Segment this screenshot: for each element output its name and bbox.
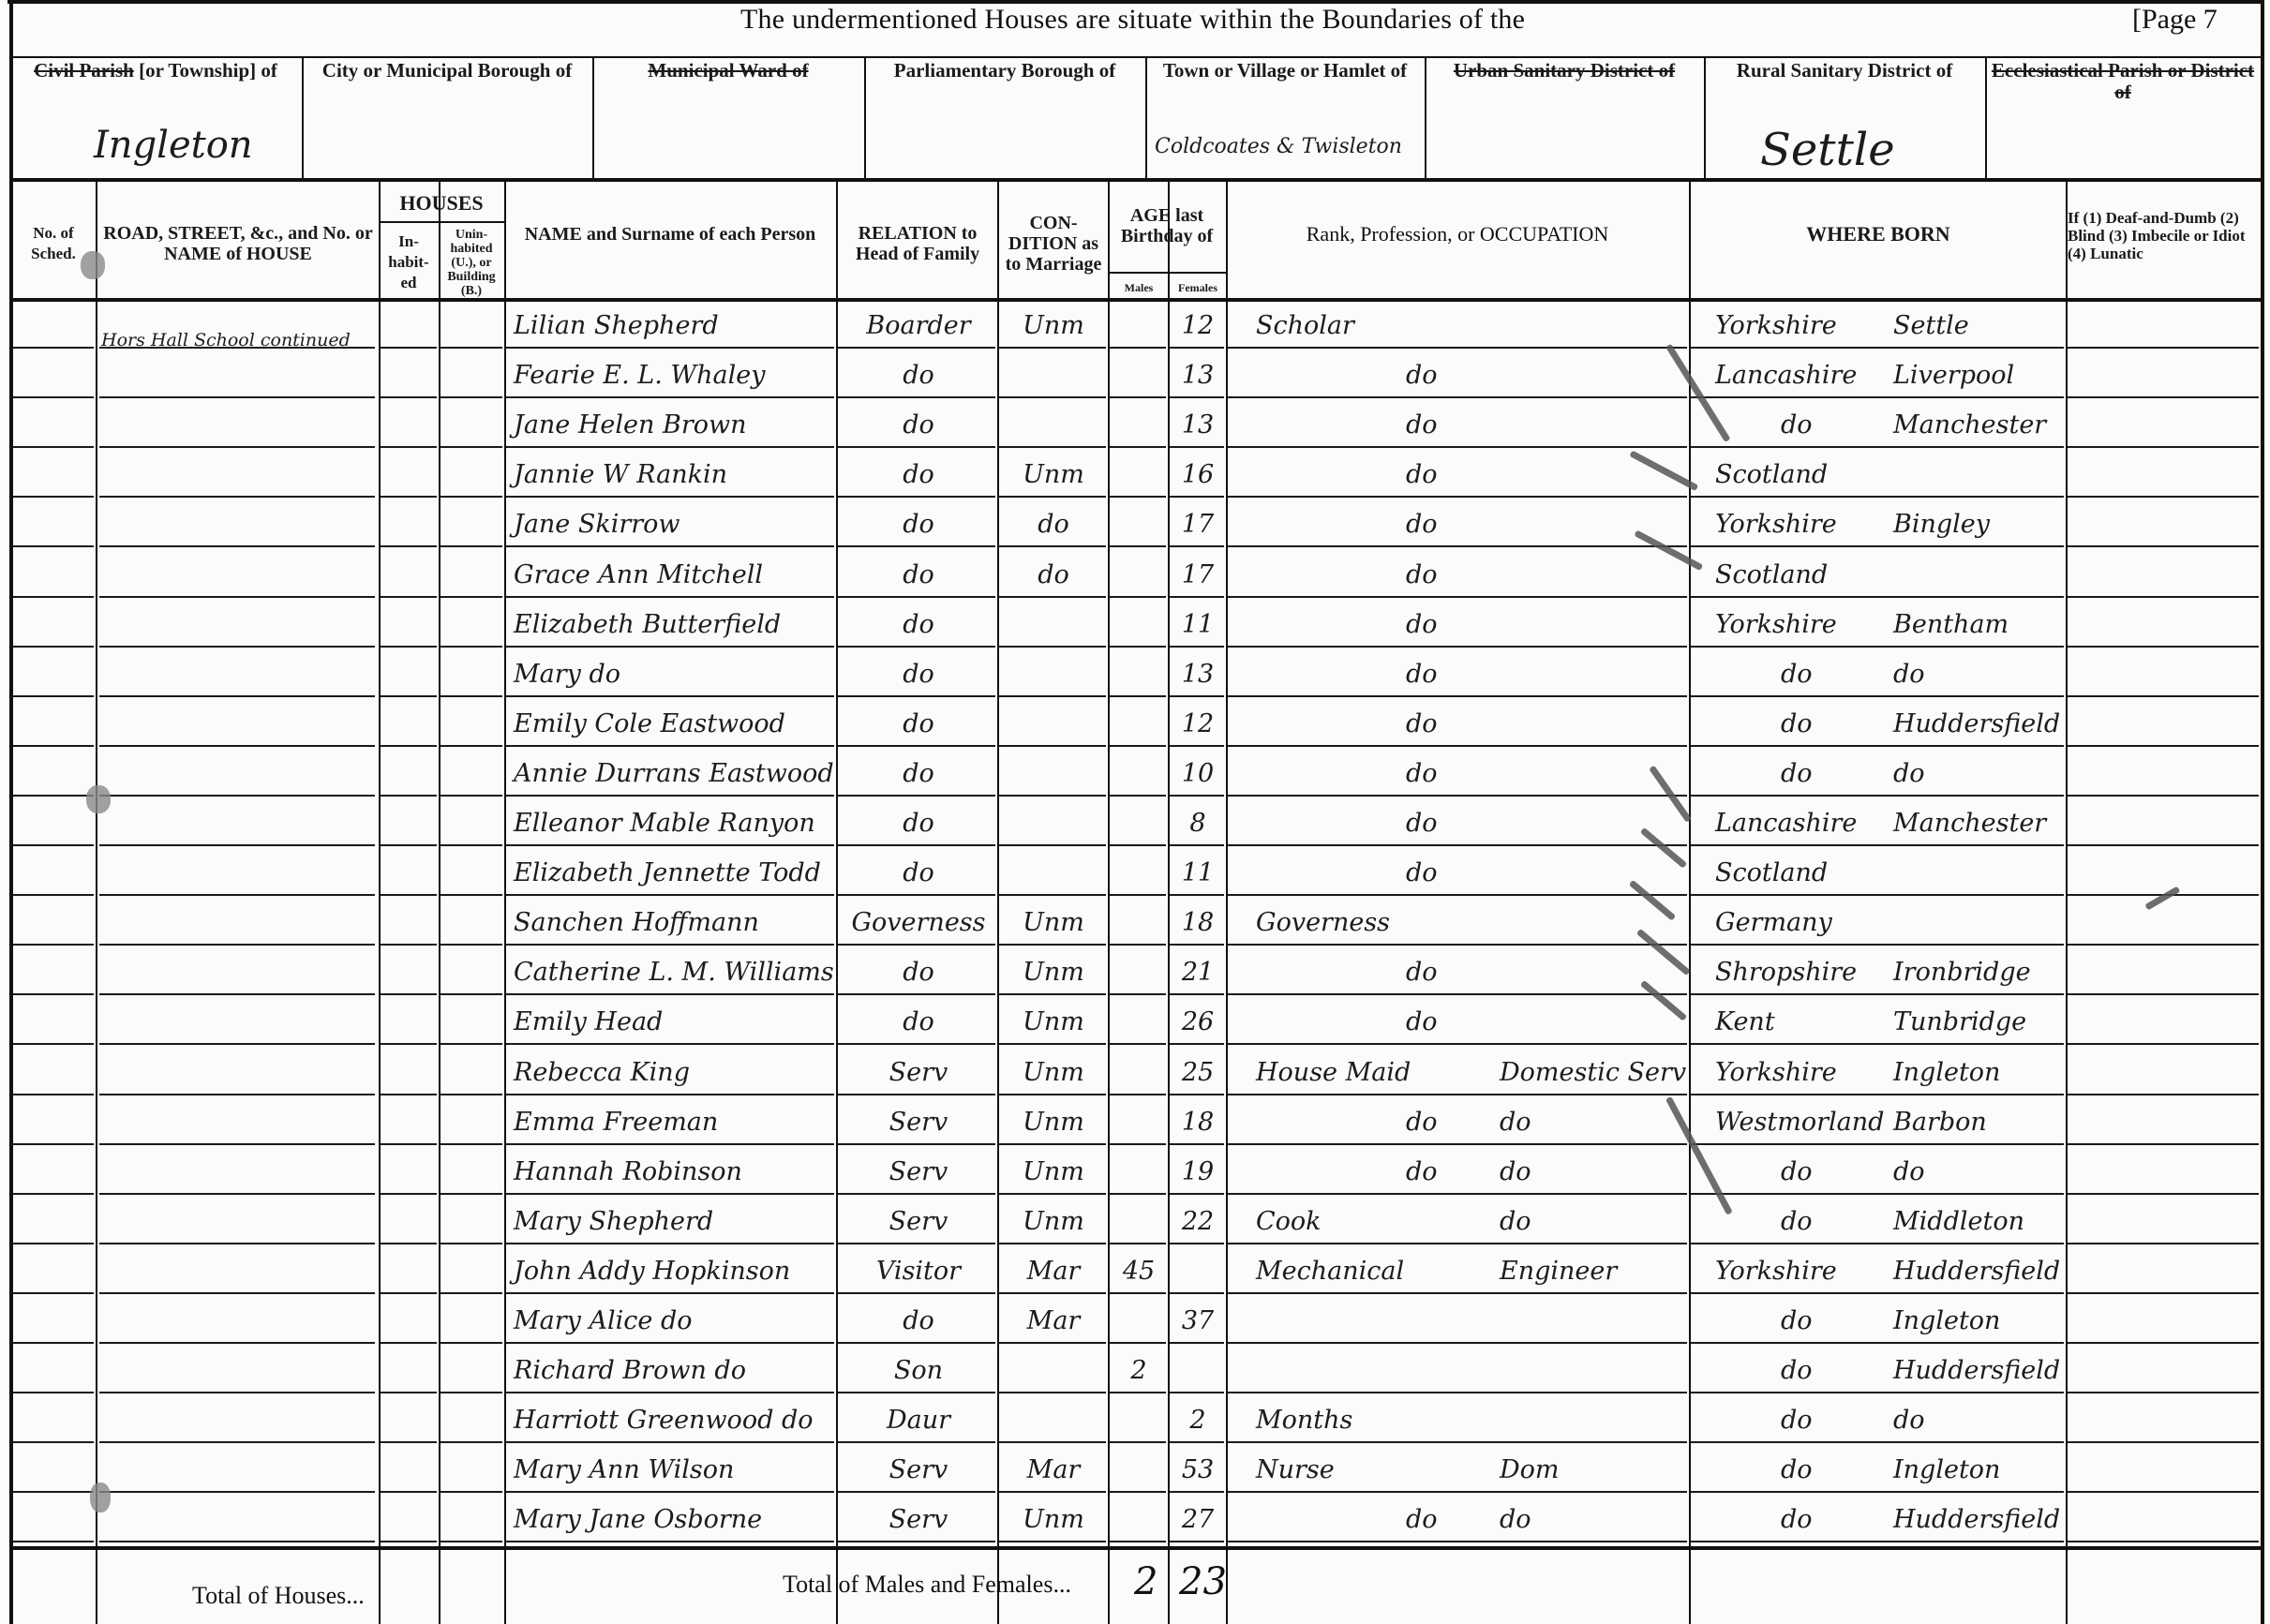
district-label: Municipal Ward of [592, 60, 864, 82]
row-rule [1110, 1342, 1166, 1344]
row-rule [381, 1193, 437, 1195]
row-rule [999, 646, 1106, 648]
row-rule [1110, 1292, 1166, 1294]
cell-condition [1001, 651, 1106, 697]
cell-female-age: 22 [1170, 1199, 1226, 1244]
census-row: Hannah RobinsonServUnm19dodododo [0, 1149, 2270, 1195]
row-rule [999, 1292, 1106, 1294]
cell-female-age [1170, 1348, 1226, 1393]
cell-female-age: 11 [1170, 850, 1226, 896]
row-rule [1691, 1342, 2064, 1344]
cell-occupation: do [1406, 1099, 1481, 1145]
row-rule [838, 496, 995, 498]
row-rule [1228, 844, 1687, 846]
cell-male-age [1110, 402, 1168, 448]
row-rule [1691, 1441, 2064, 1443]
cell-condition: Unm [1001, 1497, 1106, 1542]
cell-born-county: do [1781, 1348, 1837, 1393]
cell-occupation2 [1500, 402, 1687, 448]
cell-name: Mary Alice do [514, 1298, 832, 1344]
row-rule [1110, 1491, 1166, 1493]
cell-occupation2 [1500, 552, 1687, 598]
row-rule [1691, 446, 2064, 448]
cell-occupation: do [1406, 1497, 1481, 1542]
row-rule [1691, 1541, 2064, 1542]
row-rule [381, 944, 437, 946]
cell-name: Richard Brown do [514, 1348, 832, 1393]
row-rule [506, 795, 834, 797]
district-box: Town or Village or Hamlet ofColdcoates &… [1145, 58, 1425, 178]
row-rule [506, 1094, 834, 1095]
cell-female-age: 27 [1170, 1497, 1226, 1542]
district-label: Ecclesiastical Parish or District of [1985, 60, 2261, 103]
row-rule [1110, 1193, 1166, 1195]
cell-name: Jane Helen Brown [514, 402, 832, 448]
row-rule [13, 1491, 94, 1493]
cell-relation: do [842, 552, 995, 598]
cell-born-place: do [1893, 1397, 2067, 1443]
row-rule [1691, 1292, 2064, 1294]
row-rule [1170, 1143, 1224, 1145]
cell-name: Catherine L. M. Williams [514, 949, 832, 995]
row-rule [2068, 446, 2259, 448]
cell-male-age [1110, 1397, 1168, 1443]
cell-born-county: Westmorland [1715, 1099, 1893, 1145]
row-rule [381, 396, 437, 398]
row-rule [1170, 944, 1224, 946]
row-rule [838, 695, 995, 697]
census-row: Catherine L. M. WilliamsdoUnm21doShropsh… [0, 949, 2270, 995]
row-rule [381, 695, 437, 697]
district-box: Rural Sanitary District ofSettle [1704, 58, 1985, 178]
row-rule [999, 446, 1106, 448]
row-rule [838, 894, 995, 896]
row-rule [2068, 1143, 2259, 1145]
row-rule [13, 1441, 94, 1443]
cell-born-place: Ironbridge [1893, 949, 2067, 995]
cell-born-county: Yorkshire [1715, 303, 1893, 349]
cell-relation: Serv [842, 1447, 995, 1493]
cell-female-age: 18 [1170, 1099, 1226, 1145]
col-header-occupation: Rank, Profession, or OCCUPATION [1228, 197, 1687, 272]
district-bottom-rule [9, 178, 2261, 182]
district-label: City or Municipal Borough of [302, 60, 592, 82]
cell-born-place: Huddersfield [1893, 701, 2067, 747]
cell-relation: do [842, 701, 995, 747]
cell-relation: Serv [842, 1199, 995, 1244]
census-row: Jane Helen Browndo13dodoManchester [0, 402, 2270, 448]
row-rule [381, 1243, 437, 1244]
row-rule [999, 1043, 1106, 1045]
row-rule [1170, 695, 1224, 697]
row-rule [838, 545, 995, 547]
row-rule [441, 396, 502, 398]
row-rule [441, 1043, 502, 1045]
district-box: Ecclesiastical Parish or District of [1985, 58, 2261, 178]
row-rule [1228, 1043, 1687, 1045]
row-rule [1110, 347, 1166, 349]
row-rule [506, 646, 834, 648]
row-rule [838, 446, 995, 448]
cell-condition: Mar [1001, 1447, 1106, 1493]
row-rule [1110, 1143, 1166, 1145]
cell-condition: Unm [1001, 1199, 1106, 1244]
row-rule [838, 1243, 995, 1244]
row-rule [99, 1342, 375, 1344]
row-rule [1691, 993, 2064, 995]
cell-name: Sanchen Hoffmann [514, 900, 832, 946]
row-rule [441, 1243, 502, 1244]
row-rule [1170, 894, 1224, 896]
cell-born-county: Yorkshire [1715, 501, 1893, 547]
row-rule [13, 894, 94, 896]
cell-born-county: do [1781, 1447, 1837, 1493]
row-rule [999, 1342, 1106, 1344]
row-rule [999, 396, 1106, 398]
row-rule [13, 695, 94, 697]
row-rule [999, 347, 1106, 349]
cell-relation: Daur [842, 1397, 995, 1443]
census-row: Jane Skirrowdodo17doYorkshireBingley [0, 501, 2270, 547]
row-rule [1228, 795, 1687, 797]
row-rule [13, 596, 94, 598]
cell-female-age: 25 [1170, 1050, 1226, 1095]
cell-female-age: 26 [1170, 999, 1226, 1045]
paper-stain [86, 785, 111, 813]
cell-born-place [1893, 552, 2067, 598]
row-rule [506, 347, 834, 349]
row-rule [99, 745, 375, 747]
row-rule [441, 1392, 502, 1393]
cell-relation: do [842, 402, 995, 448]
row-rule [381, 347, 437, 349]
row-rule [2068, 1392, 2259, 1393]
row-rule [1691, 894, 2064, 896]
cell-born-county: Kent [1715, 999, 1893, 1045]
cell-born-county: do [1781, 1199, 1837, 1244]
frame-top [7, 0, 2262, 4]
row-rule [1110, 1043, 1166, 1045]
census-row: Elizabeth Butterfielddo11doYorkshireBent… [0, 602, 2270, 648]
cell-born-place: Settle [1893, 303, 2067, 349]
row-rule [2068, 347, 2259, 349]
row-rule [506, 1441, 834, 1443]
row-rule [441, 795, 502, 797]
cell-occupation: do [1406, 552, 1481, 598]
cell-occupation2: Dom [1500, 1447, 1687, 1493]
row-rule [13, 1193, 94, 1195]
cell-condition [1001, 1397, 1106, 1443]
cell-occupation2 [1500, 303, 1687, 349]
cell-occupation [1256, 1348, 1500, 1393]
census-row: Emma FreemanServUnm18dodoWestmorlandBarb… [0, 1099, 2270, 1145]
row-rule [999, 944, 1106, 946]
cell-condition [1001, 602, 1106, 648]
cell-condition: Unm [1001, 1099, 1106, 1145]
cell-born-county: Yorkshire [1715, 1050, 1893, 1095]
row-rule [838, 944, 995, 946]
row-rule [1110, 695, 1166, 697]
cell-name: Rebecca King [514, 1050, 832, 1095]
district-label: Civil Parish [or Township] of [9, 60, 302, 82]
row-rule [506, 1541, 834, 1542]
district-divider [302, 58, 304, 178]
cell-occupation2 [1500, 850, 1687, 896]
cell-female-age: 12 [1170, 303, 1226, 349]
census-row: Richard Brown doSon2doHuddersfield [0, 1348, 2270, 1393]
row-rule [506, 894, 834, 896]
cell-relation: do [842, 949, 995, 995]
row-rule [1110, 944, 1166, 946]
cell-female-age: 18 [1170, 900, 1226, 946]
row-rule [1228, 745, 1687, 747]
row-rule [838, 396, 995, 398]
row-rule [2068, 646, 2259, 648]
cell-born-county: Shropshire [1715, 949, 1893, 995]
cell-male-age [1110, 1050, 1168, 1095]
row-rule [1170, 1292, 1224, 1294]
cell-born-county: Scotland [1715, 452, 1893, 498]
cell-born-county: Lancashire [1715, 352, 1893, 398]
row-rule [506, 944, 834, 946]
row-rule [1110, 1441, 1166, 1443]
row-rule [1228, 1491, 1687, 1493]
row-rule [999, 1143, 1106, 1145]
cell-born-county: do [1781, 651, 1837, 697]
cell-occupation2: do [1500, 1497, 1687, 1542]
cell-condition [1001, 402, 1106, 448]
cell-born-county: do [1781, 751, 1837, 797]
row-rule [2068, 596, 2259, 598]
row-rule [99, 496, 375, 498]
row-rule [99, 795, 375, 797]
row-rule [1110, 993, 1166, 995]
row-rule [2068, 1193, 2259, 1195]
row-rule [1691, 545, 2064, 547]
cell-born-place [1893, 850, 2067, 896]
row-rule [2068, 1292, 2259, 1294]
row-rule [441, 596, 502, 598]
row-rule [838, 993, 995, 995]
row-rule [1228, 695, 1687, 697]
census-row: Mary Jane OsborneServUnm27dododoHuddersf… [0, 1497, 2270, 1542]
district-box: Parliamentary Borough of [864, 58, 1145, 178]
census-row: Harriott Greenwood doDaur2Monthsdodo [0, 1397, 2270, 1443]
cell-name: Emily Head [514, 999, 832, 1045]
row-rule [99, 1043, 375, 1045]
cell-female-age: 13 [1170, 402, 1226, 448]
row-rule [999, 894, 1106, 896]
row-rule [506, 1491, 834, 1493]
census-row: Grace Ann Mitchelldodo17doScotland [0, 552, 2270, 598]
row-rule [1228, 1441, 1687, 1443]
district-label: Rural Sanitary District of [1704, 60, 1985, 82]
row-rule [1170, 646, 1224, 648]
cell-name: Mary Jane Osborne [514, 1497, 832, 1542]
row-rule [1691, 1043, 2064, 1045]
row-rule [441, 545, 502, 547]
cell-born-county: Germany [1715, 900, 1893, 946]
row-rule [2068, 844, 2259, 846]
row-rule [381, 844, 437, 846]
cell-occupation [1256, 1298, 1500, 1344]
row-rule [441, 944, 502, 946]
row-rule [1170, 1441, 1224, 1443]
row-rule [1228, 446, 1687, 448]
cell-occupation2 [1500, 1348, 1687, 1393]
col-header-name: NAME and Surname of each Person [506, 197, 834, 272]
row-rule [999, 545, 1106, 547]
row-rule [1228, 1143, 1687, 1145]
row-rule [99, 844, 375, 846]
cell-relation: Boarder [842, 303, 995, 349]
row-rule [99, 1094, 375, 1095]
district-value: Coldcoates & Twisleton [1155, 135, 1415, 158]
row-rule [999, 745, 1106, 747]
cell-male-age [1110, 751, 1168, 797]
row-rule [1110, 646, 1166, 648]
cell-condition: Unm [1001, 900, 1106, 946]
row-rule [381, 894, 437, 896]
cell-born-place: do [1893, 751, 2067, 797]
census-row: Mary dodo13dododo [0, 651, 2270, 697]
row-rule [441, 1193, 502, 1195]
cell-condition [1001, 850, 1106, 896]
cell-occupation2 [1500, 701, 1687, 747]
cell-female-age [1170, 1248, 1226, 1294]
row-rule [441, 446, 502, 448]
row-rule [1228, 944, 1687, 946]
cell-occupation2: do [1500, 1199, 1687, 1244]
col-header-inhabited: In-habit-ed [381, 225, 437, 300]
cell-female-age: 13 [1170, 352, 1226, 398]
cell-female-age: 13 [1170, 651, 1226, 697]
row-rule [1228, 1243, 1687, 1244]
cell-occupation2 [1500, 1397, 1687, 1443]
col-header-uninhabited: Unin-habited (U.), or Building (B.) [441, 225, 502, 300]
cell-born-place: Tunbridge [1893, 999, 2067, 1045]
row-rule [441, 993, 502, 995]
cell-born-county: Yorkshire [1715, 1248, 1893, 1294]
row-rule [441, 844, 502, 846]
census-row: Sanchen HoffmannGovernessUnm18GovernessG… [0, 900, 2270, 946]
row-rule [506, 1292, 834, 1294]
row-rule [441, 496, 502, 498]
cell-born-place: Manchester [1893, 402, 2067, 448]
cell-name: Emily Cole Eastwood [514, 701, 832, 747]
row-rule [13, 1541, 94, 1542]
row-rule [999, 596, 1106, 598]
cell-male-age [1110, 800, 1168, 846]
cell-born-place: Liverpool [1893, 352, 2067, 398]
row-rule [999, 993, 1106, 995]
cell-born-place: Huddersfield [1893, 1497, 2067, 1542]
cell-male-age [1110, 900, 1168, 946]
row-rule [1170, 1043, 1224, 1045]
census-row: Jannie W RankindoUnm16doScotland [0, 452, 2270, 498]
row-rule [838, 1193, 995, 1195]
row-rule [1170, 1342, 1224, 1344]
cell-name: Jannie W Rankin [514, 452, 832, 498]
cell-male-age [1110, 651, 1168, 697]
cell-name: Fearie E. L. Whaley [514, 352, 832, 398]
row-rule [1110, 1541, 1166, 1542]
census-row: John Addy HopkinsonVisitorMar45Mechanica… [0, 1248, 2270, 1294]
cell-female-age: 21 [1170, 949, 1226, 995]
cell-relation: do [842, 800, 995, 846]
district-box: Civil Parish [or Township] ofIngleton [9, 58, 302, 178]
row-rule [1110, 596, 1166, 598]
cell-female-age: 19 [1170, 1149, 1226, 1195]
census-row: Emily Cole Eastwooddo12dodoHuddersfield [0, 701, 2270, 747]
cell-male-age [1110, 999, 1168, 1045]
census-row: Fearie E. L. Whaleydo13doLancashireLiver… [0, 352, 2270, 398]
row-rule [1170, 795, 1224, 797]
page-heading: The undermentioned Houses are situate wi… [740, 4, 1525, 36]
cell-relation: do [842, 1298, 995, 1344]
row-rule [1228, 1541, 1687, 1542]
row-rule [381, 545, 437, 547]
cell-name: Jane Skirrow [514, 501, 832, 547]
row-rule [441, 1292, 502, 1294]
row-rule [99, 446, 375, 448]
row-rule [999, 1094, 1106, 1095]
row-rule [441, 1441, 502, 1443]
cell-born-place: Ingleton [1893, 1447, 2067, 1493]
cell-born-county: do [1781, 1497, 1837, 1542]
census-page: The undermentioned Houses are situate wi… [0, 0, 2270, 1624]
cell-name: John Addy Hopkinson [514, 1248, 832, 1294]
row-rule [381, 993, 437, 995]
row-rule [506, 1243, 834, 1244]
row-rule [381, 1292, 437, 1294]
row-rule [99, 944, 375, 946]
cell-male-age [1110, 352, 1168, 398]
row-rule [999, 1243, 1106, 1244]
row-rule [2068, 1043, 2259, 1045]
cell-relation: do [842, 651, 995, 697]
row-rule [441, 347, 502, 349]
row-rule [2068, 1491, 2259, 1493]
row-rule [1228, 396, 1687, 398]
row-rule [13, 1243, 94, 1244]
census-row: Mary ShepherdServUnm22CookdodoMiddleton [0, 1199, 2270, 1244]
cell-occupation2 [1500, 452, 1687, 498]
cell-born-county: do [1781, 1298, 1837, 1344]
cell-female-age: 10 [1170, 751, 1226, 797]
row-rule [99, 1193, 375, 1195]
row-rule [838, 1043, 995, 1045]
cell-born-place: Bingley [1893, 501, 2067, 547]
row-rule [13, 396, 94, 398]
census-row: Rebecca KingServUnm25House MaidDomestic … [0, 1050, 2270, 1095]
cell-name: Elleanor Mable Ranyon [514, 800, 832, 846]
cell-born-place: Manchester [1893, 800, 2067, 846]
row-rule [838, 1541, 995, 1542]
row-rule [838, 844, 995, 846]
row-rule [2068, 1541, 2259, 1542]
row-rule [1228, 1342, 1687, 1344]
district-label: Parliamentary Borough of [864, 60, 1145, 82]
district-divider [1985, 58, 1987, 178]
row-rule [13, 1043, 94, 1045]
row-rule [381, 1094, 437, 1095]
cell-male-age [1110, 501, 1168, 547]
cell-female-age: 53 [1170, 1447, 1226, 1493]
cell-female-age: 16 [1170, 452, 1226, 498]
cell-male-age [1110, 949, 1168, 995]
cell-born-place: Middleton [1893, 1199, 2067, 1244]
